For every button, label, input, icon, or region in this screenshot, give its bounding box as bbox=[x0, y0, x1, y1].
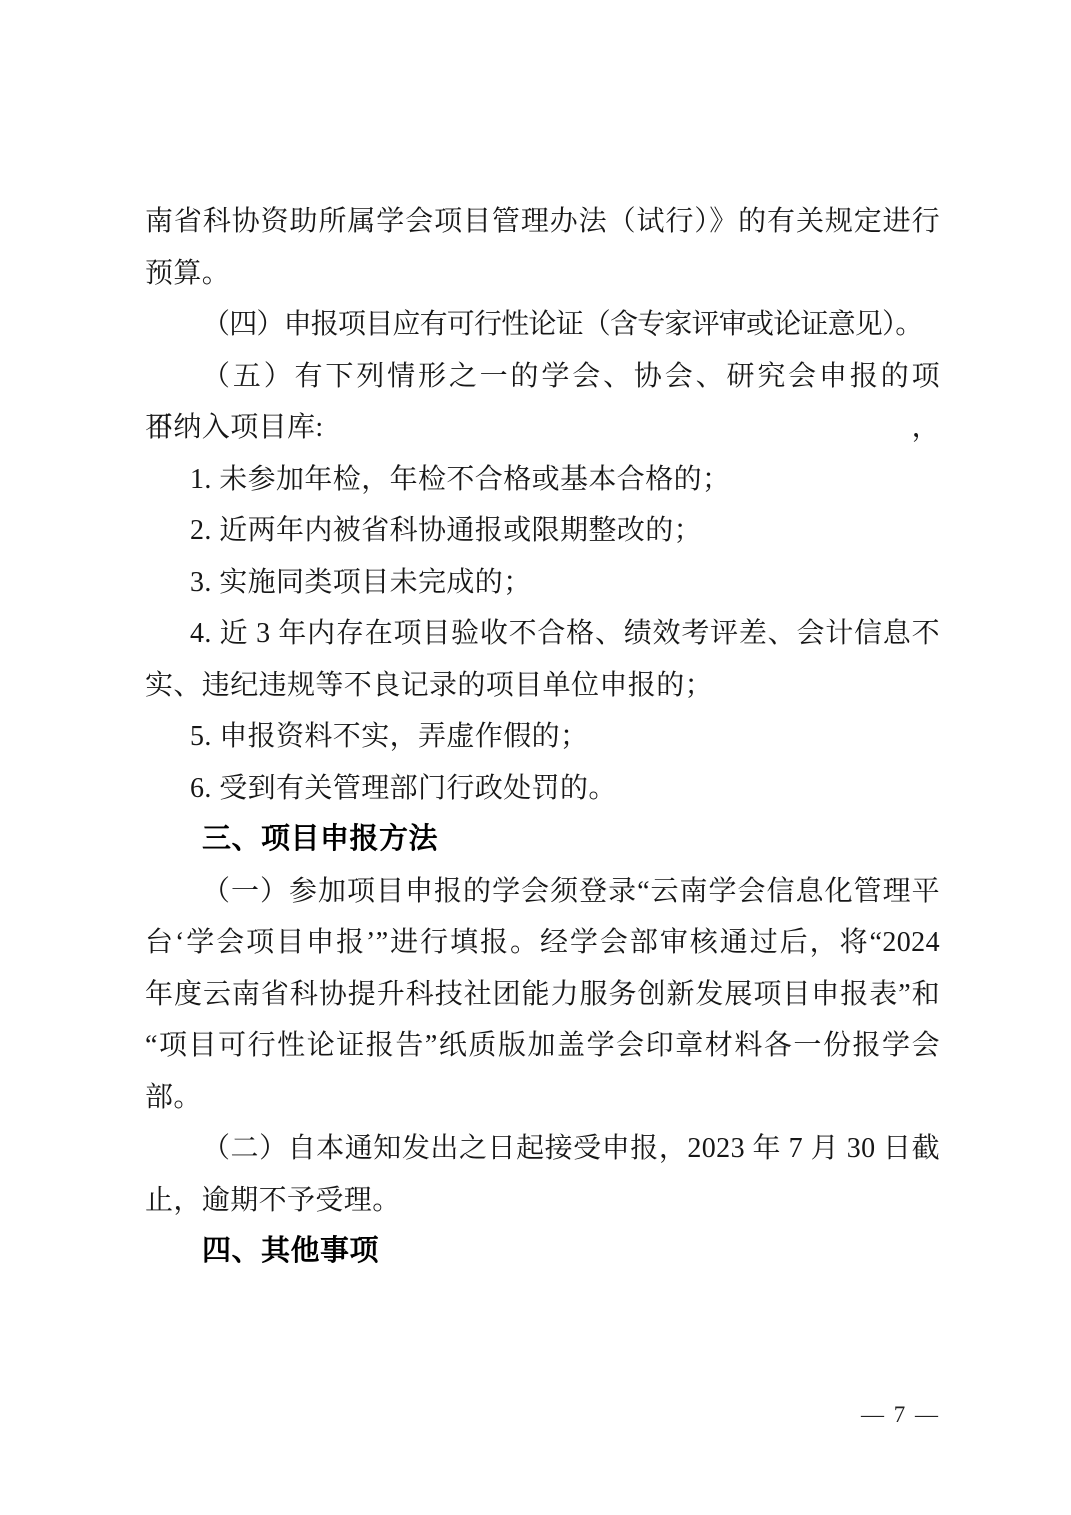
page-footer: — 7 — bbox=[861, 1400, 940, 1430]
text-line: 部。 bbox=[145, 1072, 940, 1124]
section-heading: 四、其他事项 bbox=[145, 1226, 940, 1278]
text-line: 1. 未参加年检，年检不合格或基本合格的； bbox=[145, 454, 940, 506]
text-line: 5. 申报资料不实，弄虚作假的； bbox=[145, 711, 940, 763]
section-heading: 三、项目申报方法 bbox=[145, 814, 940, 866]
text-line: 3. 实施同类项目未完成的； bbox=[145, 557, 940, 609]
text-line: 2. 近两年内被省科协通报或限期整改的； bbox=[145, 505, 940, 557]
text-line: 实、违纪违规等不良记录的项目单位申报的； bbox=[145, 660, 940, 712]
text-line: 台‘学会项目申报’”进行填报。经学会部审核通过后，将“2024 bbox=[145, 917, 940, 969]
text-line: 年度云南省科协提升科技社团能力服务创新发展项目申报表”和 bbox=[145, 969, 940, 1021]
text-line: 6. 受到有关管理部门行政处罚的。 bbox=[145, 763, 940, 815]
text-line: （二）自本通知发出之日起接受申报，2023 年 7 月 30 日截 bbox=[145, 1123, 940, 1175]
text-line: （四）申报项目应有可行性论证（含专家评审或论证意见）。 bbox=[145, 299, 940, 351]
document-page: 南省科协资助所属学会项目管理办法（试行）》的有关规定进行预算。（四）申报项目应有… bbox=[0, 0, 1071, 1515]
text-line: 预算。 bbox=[145, 248, 940, 300]
text-line: 止，逾期不予受理。 bbox=[145, 1175, 940, 1227]
text-line: 4. 近 3 年内存在项目验收不合格、绩效考评差、会计信息不 bbox=[145, 608, 940, 660]
page-number: — 7 — bbox=[861, 1402, 940, 1427]
text-line: “项目可行性论证报告”纸质版加盖学会印章材料各一份报学会 bbox=[145, 1020, 940, 1072]
text-line: 南省科协资助所属学会项目管理办法（试行）》的有关规定进行 bbox=[145, 196, 940, 248]
text-line: （五）有下列情形之一的学会、协会、研究会申报的项目， bbox=[145, 351, 940, 403]
document-body: 南省科协资助所属学会项目管理办法（试行）》的有关规定进行预算。（四）申报项目应有… bbox=[145, 196, 940, 1278]
text-line: （一）参加项目申报的学会须登录“云南学会信息化管理平 bbox=[145, 866, 940, 918]
